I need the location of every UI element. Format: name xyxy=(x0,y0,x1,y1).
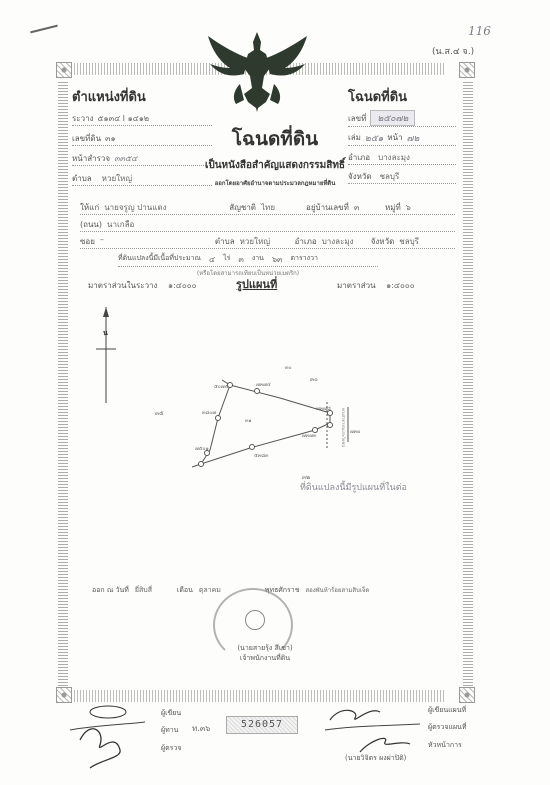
writer-label: ผู้เขียน xyxy=(161,708,181,719)
house-number-label: อยู่บ้านเลขที่ xyxy=(306,201,349,214)
official-title: เจ้าพนักงานที่ดิน xyxy=(210,653,320,664)
serial-number: 526057 xyxy=(227,717,297,733)
svg-text:๗๓๗๔: ๗๓๗๔ xyxy=(350,429,360,435)
svg-text:๓๐: ๓๐ xyxy=(285,365,291,371)
svg-text:๗๓๗๘: ๗๓๗๘ xyxy=(316,406,331,412)
chief-name: (นายวิจิตร ผงผ่าปิติ) xyxy=(345,753,406,764)
parcel-map: ๓๐ ๓๑ ๓๒ ๕๐๗๕ ๗๓๗๔ ๗๓๗๘ ๓๘๐๗ ๗๕๐๑ ๗๓๗๓ ๕… xyxy=(180,360,360,470)
form-reference: ท.๓๖ xyxy=(192,722,210,735)
legal-basis: ออกโดยอาศัยอำนาจตามประมวลกฎหมายที่ดิน xyxy=(170,178,380,188)
corner-ornament xyxy=(459,62,475,78)
svg-text:๓๑: ๓๑ xyxy=(245,418,252,424)
survey-page-label: หน้าสำรวจ xyxy=(72,152,110,165)
survey-sheet-label: ระวาง xyxy=(72,112,93,125)
nationality-value: ไทย xyxy=(261,201,301,214)
land-location-heading: ตำแหน่งที่ดิน xyxy=(72,86,212,107)
owner-name: นายจรูญ ปานแดง xyxy=(104,201,224,214)
document-title: โฉนดที่ดิน xyxy=(170,124,380,154)
sqwa-label: ตารางวา xyxy=(291,253,318,266)
document-title-block: โฉนดที่ดิน เป็นหนังสือสำคัญแสดงกรรมสิทธิ… xyxy=(170,124,380,188)
map-scale-label: มาตราส่วน xyxy=(337,281,376,290)
deed-number-label: เลขที่ xyxy=(348,112,366,125)
corner-ornament xyxy=(56,62,72,78)
soi-value: – xyxy=(100,235,210,248)
svg-text:๗๓๗๓: ๗๓๗๓ xyxy=(302,433,317,439)
map-writer-label: ผู้เขียนแผนที่ xyxy=(428,705,466,716)
svg-text:๕๐๗๕: ๕๐๗๕ xyxy=(214,384,229,390)
nationality-label: สัญชาติ xyxy=(229,201,256,214)
svg-text:๓๘๐๗: ๓๘๐๗ xyxy=(202,410,216,416)
land-number-label: เลขที่ดิน xyxy=(72,132,101,145)
month-label: เดือน xyxy=(177,585,193,596)
serial-number-box: 526057 xyxy=(226,716,298,734)
owner-subdistrict-label: ตำบล xyxy=(215,235,235,248)
page-number: 116 xyxy=(468,24,491,38)
border-left xyxy=(58,82,68,686)
parcel-west: ๓๕ xyxy=(155,408,164,418)
copier-label: ผู้ทาน xyxy=(161,725,178,736)
survey-page-value: ๓๓๕๔ xyxy=(114,152,137,165)
map-scale: มาตราส่วน ๑:๔๐๐๐ xyxy=(337,279,415,292)
area-sqwa: ๖๓ xyxy=(272,253,283,266)
owner-district-label: อำเภอ xyxy=(295,235,317,248)
house-number-value: ๓ xyxy=(354,201,380,214)
chief-label: หัวหน้าการ xyxy=(428,740,462,751)
survey-sheet-value: ๕๑๓๔ I ๑๔๑๒ xyxy=(97,112,149,125)
owner-district-value: บางละมุง xyxy=(322,235,366,248)
pen-stroke xyxy=(30,25,58,34)
checker-label: ผู้ตรวจ xyxy=(161,743,181,754)
area-rai: ๔ xyxy=(209,253,215,266)
signature-left xyxy=(60,700,150,770)
ngan-label: งาน xyxy=(252,253,264,266)
sheet-scale-label: มาตราส่วนในระวาง xyxy=(88,281,157,290)
page-value: ๗๒ xyxy=(407,131,420,145)
map-title: รูปแผนที่ xyxy=(236,275,277,293)
form-code: (น.ส.๔ จ.) xyxy=(432,44,474,58)
moo-label: หมู่ที่ xyxy=(385,201,401,214)
subdistrict-label: ตำบล xyxy=(72,172,92,185)
road-label: ทางสาธารณประโยชน์ xyxy=(340,408,347,447)
owner-details: ให้แก่ นายจรูญ ปานแดง สัญชาติ ไทย อยู่บ้… xyxy=(80,201,455,249)
seal-inner-circle-icon xyxy=(245,610,265,630)
parcel-north: ๓๐ xyxy=(310,374,318,384)
area-label: ที่ดินแปลงนี้มีเนื้อที่ประมาณ xyxy=(118,253,201,266)
owner-province-value: ชลบุรี xyxy=(399,235,419,248)
document-subtitle: เป็นหนังสือสำคัญแสดงกรรมสิทธิ์ xyxy=(170,158,380,173)
svg-text:๗๕๐๑: ๗๕๐๑ xyxy=(195,446,209,452)
sheet-scale-value: ๑:๔๐๐๐ xyxy=(168,281,196,290)
land-number-value: ๓๑ xyxy=(105,132,116,145)
page-label: หน้า xyxy=(387,131,402,145)
issue-day: ยี่สิบสี่ xyxy=(135,585,171,596)
rai-label: ไร่ xyxy=(223,253,230,266)
corner-ornament xyxy=(459,687,475,703)
sheet-scale: มาตราส่วนในระวาง ๑:๔๐๐๐ xyxy=(88,279,196,292)
svg-text:๗๓๗๔: ๗๓๗๔ xyxy=(256,382,271,388)
issue-year: สองพันห้าร้อยสามสิบเจ็ด xyxy=(305,585,369,596)
map-continuation-note: ที่ดินแปลงนี้มีรูปแผนที่ในต่อ xyxy=(300,480,407,494)
map-scale-value: ๑:๔๐๐๐ xyxy=(386,281,414,290)
owner-subdistrict-value: หวยใหญ่ xyxy=(240,235,290,248)
subdistrict-value: หวยใหญ่ xyxy=(102,172,132,185)
garuda-emblem-icon xyxy=(200,28,315,113)
moo-value: ๖ xyxy=(406,201,411,214)
north-arrow-icon xyxy=(94,305,118,405)
road-label: (ถนน) xyxy=(80,218,102,231)
map-checker-label: ผู้ตรวจแผนที่ xyxy=(428,722,466,733)
deed-heading: โฉนดที่ดิน xyxy=(348,86,456,107)
north-label: น xyxy=(103,328,108,339)
owner-province-label: จังหวัด xyxy=(371,235,395,248)
svg-text:๕๓๘๓: ๕๓๘๓ xyxy=(254,453,269,459)
signature-right xyxy=(320,700,440,760)
area-ngan: ๓ xyxy=(238,253,243,266)
road-value: นาเกลือ xyxy=(107,218,134,231)
to-label: ให้แก่ xyxy=(80,201,99,214)
soi-label: ซอย xyxy=(80,235,95,248)
issued-at-label: ออก ณ วันที่ xyxy=(92,585,129,596)
district-value: บางละมุง xyxy=(378,151,410,164)
province-value: ชลบุรี xyxy=(380,170,400,183)
border-right xyxy=(463,82,473,686)
